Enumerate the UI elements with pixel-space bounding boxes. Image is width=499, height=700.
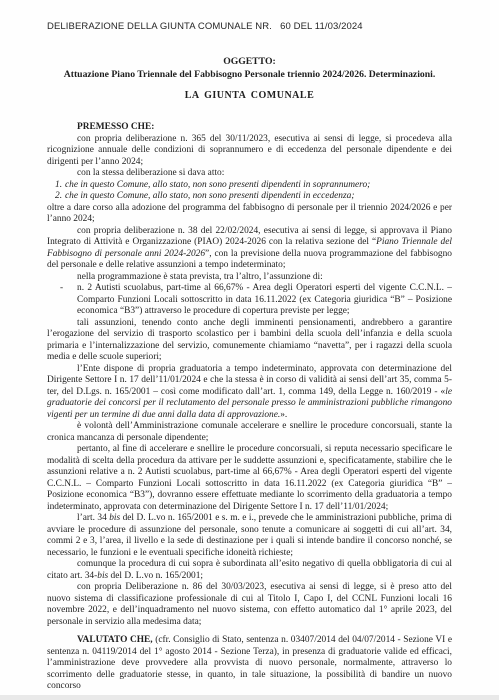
paragraph: l’art. 34 bis del D. L.vo n. 165/2001 e …	[47, 513, 452, 559]
paragraph: con la stessa deliberazione si dava atto…	[47, 168, 452, 180]
paragraph: con propria deliberazione n. 38 del 22/0…	[47, 226, 452, 272]
paragraph: è volontà dell’Amministrazione comunale …	[47, 421, 452, 444]
paragraph: l’Ente dispone di propria graduatoria a …	[47, 364, 452, 422]
list-marker: 1.	[55, 180, 65, 192]
paragraph: -n. 2 Autisti scuolabus, part-time al 66…	[47, 283, 452, 318]
text-run: l’art. 34	[77, 513, 109, 523]
text-run: che in questo Comune, allo stato, non so…	[65, 180, 370, 190]
body-title: LA GIUNTA COMUNALE	[47, 90, 452, 101]
paragraph: nella programmazione è stata prevista, t…	[47, 272, 452, 284]
paragraph: comunque la procedura di cui sopra è sub…	[47, 559, 452, 582]
subject-label: OGGETTO:	[47, 55, 452, 68]
document-header: DELIBERAZIONE DELLA GIUNTA COMUNALE NR. …	[47, 21, 452, 32]
text-run: ».	[280, 410, 287, 420]
text-run: nella programmazione è stata prevista, t…	[77, 272, 323, 282]
document-page: DELIBERAZIONE DELLA GIUNTA COMUNALE NR. …	[0, 0, 499, 700]
text-run: PREMESSO CHE:	[77, 122, 154, 132]
paragraph: 2.che in questo Comune, allo stato, non …	[47, 191, 452, 203]
text-run: tali assunzioni, tenendo conto anche deg…	[47, 318, 452, 363]
subject-text: Attuazione Piano Triennale del Fabbisogn…	[47, 68, 452, 81]
text-run: n. 2 Autisti scuolabus, part-time al 66,…	[77, 283, 452, 316]
page-bottom-edge	[0, 695, 499, 700]
text-run: bis	[97, 571, 108, 581]
paragraph: con propria Deliberazione n. 86 del 30/0…	[47, 582, 452, 628]
text-run: VALUTATO CHE,	[77, 635, 153, 645]
list-marker: -	[60, 283, 77, 295]
document-body: PREMESSO CHE:con propria deliberazione n…	[47, 122, 452, 693]
list-marker: 2.	[55, 191, 65, 203]
text-run: con la stessa deliberazione si dava atto…	[77, 168, 224, 178]
paragraph: VALUTATO CHE, (cfr. Consiglio di Stato, …	[47, 635, 452, 693]
text-run: è volontà dell’Amministrazione comunale …	[47, 421, 452, 443]
paragraph: PREMESSO CHE:	[47, 122, 452, 134]
paragraph: 1.che in questo Comune, allo stato, non …	[47, 180, 452, 192]
text-run: del D. L.vo n. 165/2001;	[108, 571, 203, 581]
paragraph: oltre a dare corso alla adozione del pro…	[47, 203, 452, 226]
text-run: che in questo Comune, allo stato, non so…	[65, 191, 354, 201]
text-run: con propria Deliberazione n. 86 del 30/0…	[47, 582, 452, 627]
subject-block: OGGETTO: Attuazione Piano Triennale del …	[47, 55, 452, 81]
text-run: bis	[109, 513, 120, 523]
text-run: l’Ente dispone di propria graduatoria a …	[47, 364, 452, 397]
paragraph: tali assunzioni, tenendo conto anche deg…	[47, 318, 452, 364]
text-run: pertanto, al fine di accelerare e snelli…	[47, 444, 452, 512]
paragraph: con propria deliberazione n. 365 del 30/…	[47, 134, 452, 169]
text-run: oltre a dare corso alla adozione del pro…	[47, 203, 452, 225]
text-run: con propria deliberazione n. 365 del 30/…	[47, 134, 452, 167]
paragraph: pertanto, al fine di accelerare e snelli…	[47, 444, 452, 513]
